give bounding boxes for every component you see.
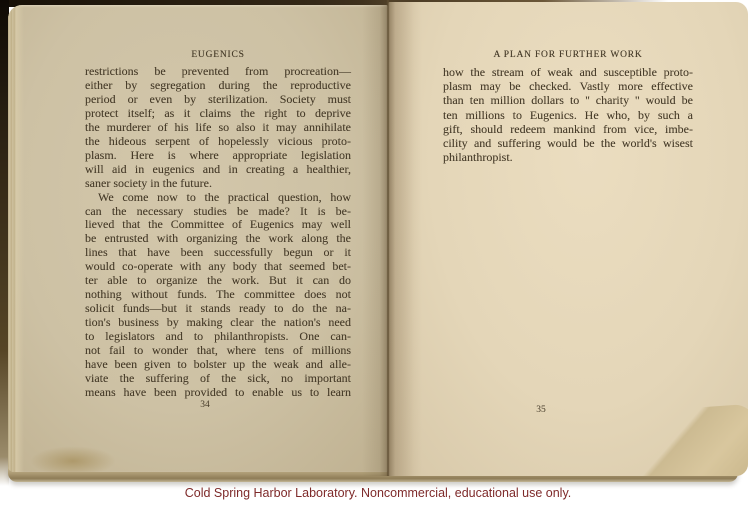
text-line: cility and suffering would be the world'… [443,136,693,150]
right-page-body-text: how the stream of weak and susceptible p… [443,65,693,164]
text-line: means have been provided to enable us to… [85,386,351,400]
text-line: tion's business by making clear the nati… [85,316,351,330]
text-line: We come now to the practical question, h… [85,191,351,205]
text-line: lines that have been successfully begun … [85,246,351,260]
text-line: gift, should redeem mankind from vice, i… [443,122,693,136]
text-line: restrictions be prevented from procreati… [85,65,351,79]
text-line: how the stream of weak and susceptible p… [443,65,693,79]
text-line: plasm may be checked. Vastly more effect… [443,79,693,93]
text-line: be entrusted with organizing the work al… [85,232,351,246]
text-line: to legislators and to philanthropists. O… [85,330,351,344]
text-line: ter able to organize the work. But it ca… [85,274,351,288]
text-line: will aid in eugenics and in creating a h… [85,163,351,177]
text-line: viate the suffering of the sick, no impo… [85,372,351,386]
text-line: solicit funds—but it stands ready to do … [85,302,351,316]
text-line: philanthropist. [443,150,693,164]
text-line: the murderer of his life so also it may … [85,121,351,135]
right-running-head: A PLAN FOR FURTHER WORK [443,50,693,60]
page-stack-edges [8,5,24,472]
text-line: not fail to wonder that, where tens of m… [85,344,351,358]
book-gutter-shadow [362,0,414,476]
right-page-number: 35 [443,405,639,415]
text-line: ten millions to Eugenics. He who, by suc… [443,108,693,122]
text-line: period or even by sterilization. Society… [85,93,351,107]
left-running-head: EUGENICS [85,50,351,60]
book-scan-photo: EUGENICS restrictions be prevented from … [0,0,756,506]
text-line: saner society in the future. [85,177,351,191]
left-page-number: 34 [85,400,325,410]
text-line: nothing without funds. The committee doe… [85,288,351,302]
text-line: plasm. Here is where appropriate legisla… [85,149,351,163]
text-line: can the necessary studies be made? It is… [85,205,351,219]
worn-corner [626,404,748,476]
text-line: have been given to bolster up the weak a… [85,358,351,372]
page-stain [30,446,116,472]
text-line: the hideous serpent of hopelessly viciou… [85,135,351,149]
text-line: than ten million dollars to '' charity '… [443,93,693,107]
text-line: lieved that the Committee of Eugenics ma… [85,218,351,232]
text-line: would co-operate with any body that seem… [85,260,351,274]
text-line: protect itself; as it claims the right t… [85,107,351,121]
attribution-caption: Cold Spring Harbor Laboratory. Noncommer… [0,485,756,501]
left-page-body-text: restrictions be prevented from procreati… [85,65,351,400]
text-line: either by segregation during the reprodu… [85,79,351,93]
